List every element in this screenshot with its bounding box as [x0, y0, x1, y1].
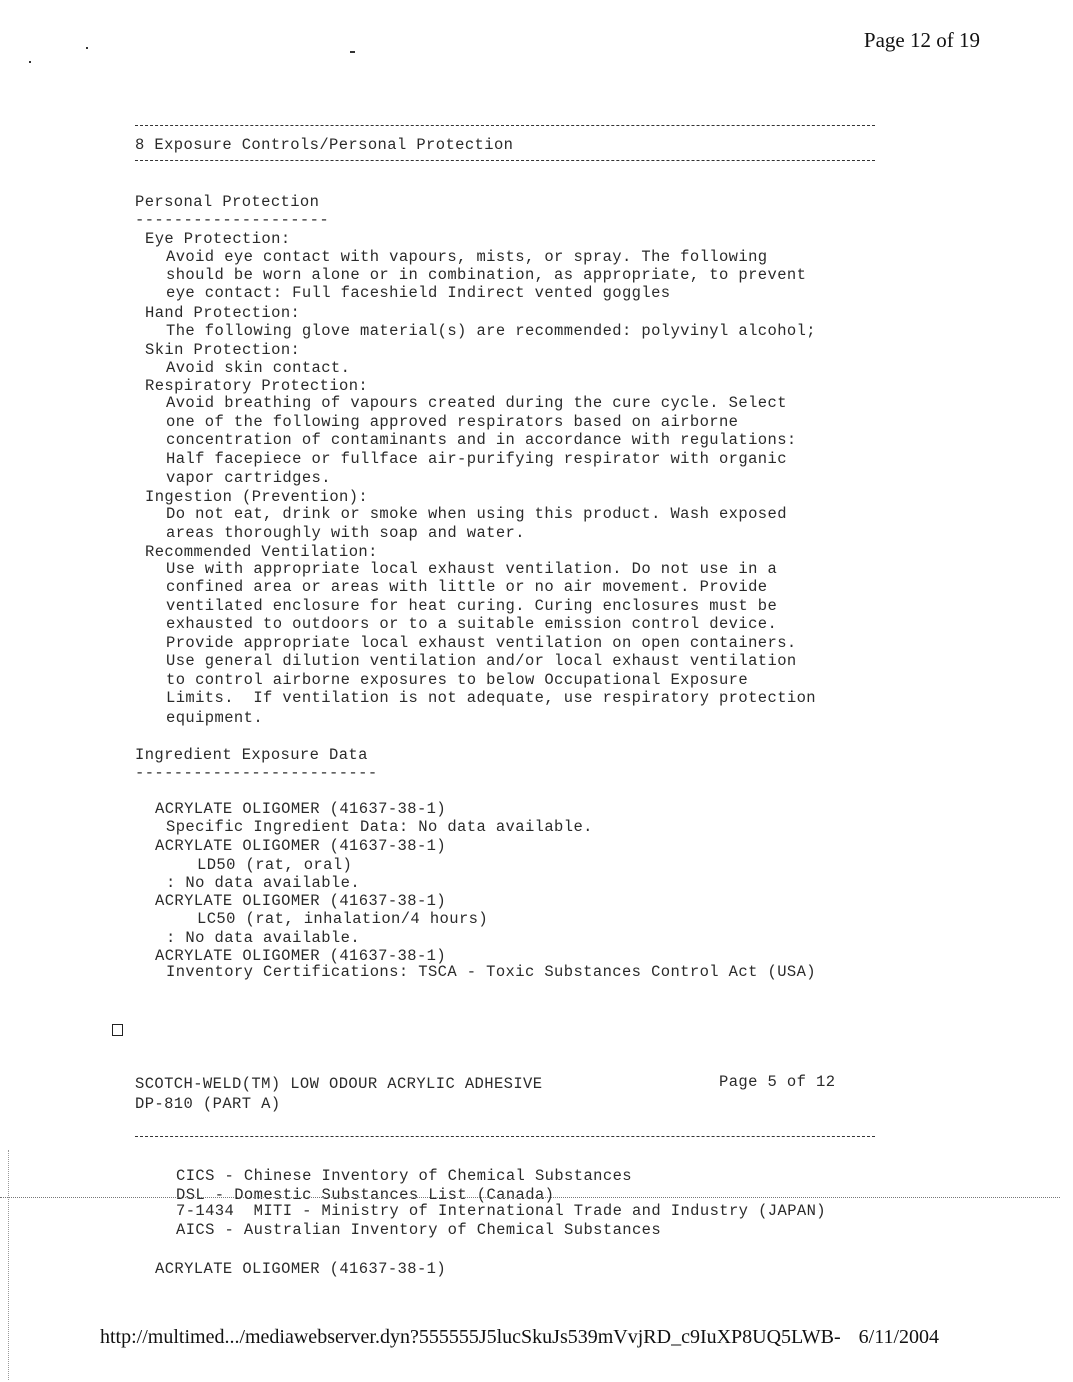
footer-date: 6/11/2004 [859, 1326, 939, 1348]
ingredient-detail: Specific Ingredient Data: No data availa… [166, 818, 593, 836]
personal-protection-underline: -------------------- [135, 211, 329, 229]
respiratory-protection-text: vapor cartridges. [166, 469, 331, 487]
scan-artifact-line [8, 1150, 9, 1380]
ingredient-exposure-underline: ------------------------- [135, 764, 378, 782]
inventory-item: 7-1434 MITI - Ministry of International … [176, 1202, 826, 1220]
ingredient-name: ACRYLATE OLIGOMER (41637-38-1) [155, 837, 446, 855]
ingredient-name: ACRYLATE OLIGOMER (41637-38-1) [155, 892, 446, 910]
ingestion-text: areas thoroughly with soap and water. [166, 524, 525, 542]
respiratory-protection-text: Avoid breathing of vapours created durin… [166, 394, 787, 412]
hand-protection-label: Hand Protection: [145, 304, 300, 322]
ventilation-text: Use general dilution ventilation and/or … [166, 652, 797, 670]
ingredient-detail: Inventory Certifications: TSCA - Toxic S… [166, 963, 816, 981]
page-break-marker [112, 1024, 123, 1036]
ventilation-text: exhausted to outdoors or to a suitable e… [166, 615, 777, 633]
ingredient-detail: : No data available. [166, 929, 360, 947]
scan-speck [350, 51, 355, 53]
eye-protection-text: Avoid eye contact with vapours, mists, o… [166, 248, 768, 266]
skin-protection-text: Avoid skin contact. [166, 359, 350, 377]
product-code: DP-810 (PART A) [135, 1095, 281, 1113]
section-rule-bottom [135, 160, 875, 161]
inventory-item: CICS - Chinese Inventory of Chemical Sub… [176, 1167, 632, 1185]
personal-protection-heading: Personal Protection [135, 193, 319, 211]
scan-speck [86, 47, 88, 49]
scan-speck [29, 61, 31, 63]
ingredient-detail: LC50 (rat, inhalation/4 hours) [197, 910, 488, 928]
ventilation-text: confined area or areas with little or no… [166, 578, 768, 596]
ingredient-name: ACRYLATE OLIGOMER (41637-38-1) [155, 1260, 446, 1278]
footer-url: http://multimed.../mediawebserver.dyn?55… [100, 1326, 841, 1348]
page-indicator: Page 12 of 19 [864, 28, 980, 53]
section-rule-top [135, 125, 875, 126]
ventilation-text: Limits. If ventilation is not adequate, … [166, 689, 816, 707]
section-title: 8 Exposure Controls/Personal Protection [135, 136, 513, 154]
scan-artifact-line [0, 1197, 1060, 1198]
ingestion-label: Ingestion (Prevention): [145, 488, 368, 506]
ingredient-detail: LD50 (rat, oral) [197, 856, 352, 874]
product-name: SCOTCH-WELD(TM) LOW ODOUR ACRYLIC ADHESI… [135, 1075, 542, 1093]
eye-protection-label: Eye Protection: [145, 230, 291, 248]
ventilation-text: equipment. [166, 709, 263, 727]
footer: http://multimed.../mediawebserver.dyn?55… [100, 1326, 939, 1349]
ingredient-name: ACRYLATE OLIGOMER (41637-38-1) [155, 800, 446, 818]
respiratory-protection-text: one of the following approved respirator… [166, 413, 738, 431]
inner-page-indicator: Page 5 of 12 [719, 1073, 835, 1091]
hand-protection-text: The following glove material(s) are reco… [166, 322, 816, 340]
ingredient-exposure-heading: Ingredient Exposure Data [135, 746, 368, 764]
inner-page-rule [135, 1136, 875, 1137]
ventilation-label: Recommended Ventilation: [145, 543, 378, 561]
respiratory-protection-label: Respiratory Protection: [145, 377, 368, 395]
respiratory-protection-text: concentration of contaminants and in acc… [166, 431, 797, 449]
ventilation-text: Use with appropriate local exhaust venti… [166, 560, 777, 578]
inventory-item: AICS - Australian Inventory of Chemical … [176, 1221, 661, 1239]
ingestion-text: Do not eat, drink or smoke when using th… [166, 505, 787, 523]
ventilation-text: ventilated enclosure for heat curing. Cu… [166, 597, 777, 615]
eye-protection-text: eye contact: Full faceshield Indirect ve… [166, 284, 670, 302]
ventilation-text: Provide appropriate local exhaust ventil… [166, 634, 797, 652]
skin-protection-label: Skin Protection: [145, 341, 300, 359]
ventilation-text: to control airborne exposures to below O… [166, 671, 748, 689]
eye-protection-text: should be worn alone or in combination, … [166, 266, 806, 284]
respiratory-protection-text: Half facepiece or fullface air-purifying… [166, 450, 787, 468]
ingredient-detail: : No data available. [166, 874, 360, 892]
